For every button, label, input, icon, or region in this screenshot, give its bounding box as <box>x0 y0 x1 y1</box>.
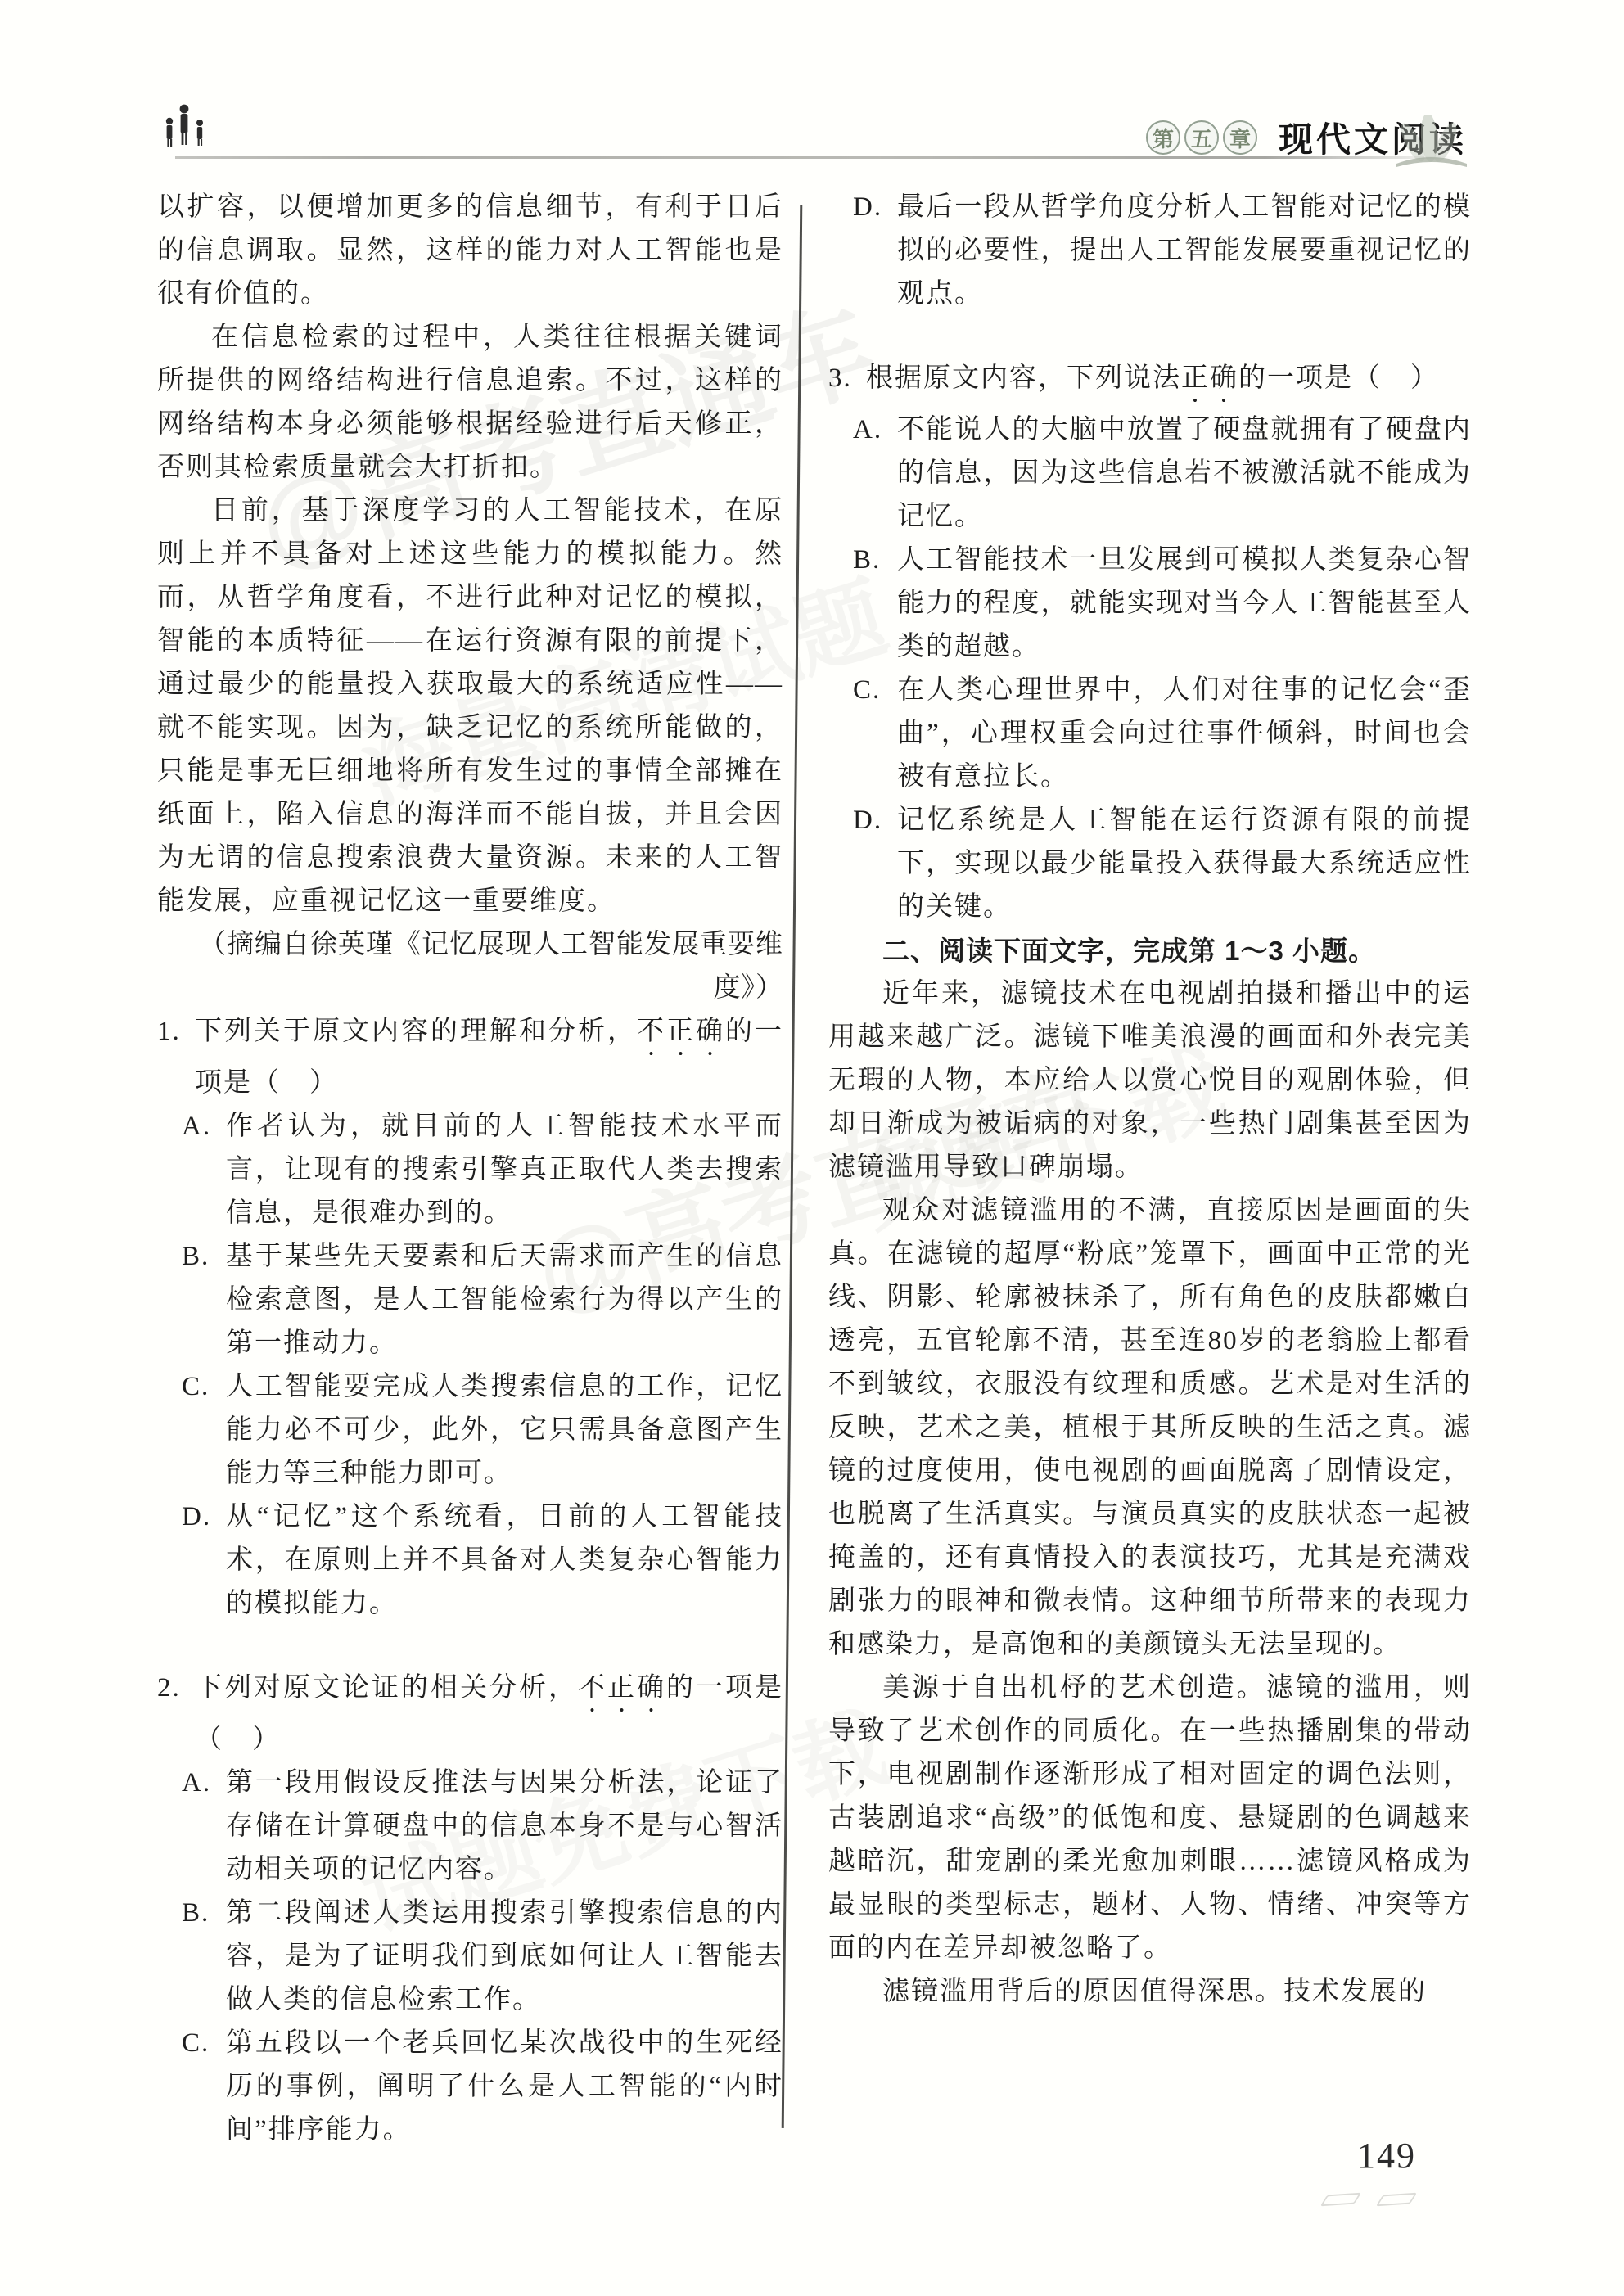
right-column: D. 最后一段从哲学角度分析人工智能对记忆的模拟的必要性，提出人工智能发展要重视… <box>828 186 1472 2014</box>
body-paragraph: 以扩容，以便增加更多的信息细节，有利于日后的信息调取。显然，这样的能力对人工智能… <box>157 186 783 316</box>
question-text: 根据原文内容，下列说法正确的一项是（ ） <box>866 357 1472 408</box>
question-text: 下列对原文论证的相关分析，不正确的一项是（ ） <box>195 1667 783 1761</box>
question-1-option-b: B. 基于某些先天要素和后天需求而产生的信息检索意图，是人工智能检索行为得以产生… <box>182 1235 783 1365</box>
question-2-option-d: D. 最后一段从哲学角度分析人工智能对记忆的模拟的必要性，提出人工智能发展要重视… <box>853 186 1472 316</box>
option-label: B. <box>182 1892 226 2022</box>
chapter-badge-char: 第 <box>1146 120 1180 155</box>
option-text: 最后一段从哲学角度分析人工智能对记忆的模拟的必要性，提出人工智能发展要重视记忆的… <box>897 186 1472 316</box>
option-text: 记忆系统是人工智能在运行资源有限的前提下，实现以最少能量投入获得最大系统适应性的… <box>897 799 1472 929</box>
question-number: 1. <box>157 1010 195 1105</box>
question-2-option-a: A. 第一段用假设反推法与因果分析法，论证了存储在计算硬盘中的信息本身不是与心智… <box>182 1761 783 1892</box>
left-column: 以扩容，以便增加更多的信息细节，有利于日后的信息调取。显然，这样的能力对人工智能… <box>157 186 783 2152</box>
question-text-post: 的一项是（ ） <box>1238 363 1439 393</box>
question-3-option-d: D. 记忆系统是人工智能在运行资源有限的前提下，实现以最少能量投入获得最大系统适… <box>853 799 1472 929</box>
body-paragraph: 在信息检索的过程中，人类往往根据关键词所提供的网络结构进行信息追索。不过，这样的… <box>157 316 783 489</box>
option-text: 基于某些先天要素和后天需求而产生的信息检索意图，是人工智能检索行为得以产生的第一… <box>226 1235 783 1365</box>
option-text: 从“记忆”这个系统看，目前的人工智能技术，在原则上并不具备对人类复杂心智能力的模… <box>226 1495 783 1626</box>
body-paragraph: 目前，基于深度学习的人工智能技术，在原则上并不具备对上述这些能力的模拟能力。然而… <box>157 489 783 923</box>
body-paragraph: 观众对滤镜滥用的不满，直接原因是画面的失真。在滤镜的超厚“粉底”笼罩下，画面中正… <box>828 1189 1472 1667</box>
option-text: 作者认为，就目前的人工智能技术水平而言，让现有的搜索引擎真正取代人类去搜索信息，… <box>226 1105 783 1235</box>
option-label: B. <box>182 1235 226 1365</box>
option-label: C. <box>182 1365 226 1495</box>
option-label: C. <box>182 2022 226 2152</box>
column-divider <box>782 205 803 2128</box>
option-text: 在人类心理世界中，人们对往事的记忆会“歪曲”，心理权重会向过往事件倾斜，时间也会… <box>897 669 1472 799</box>
question-1-option-a: A. 作者认为，就目前的人工智能技术水平而言，让现有的搜索引擎真正取代人类去搜索… <box>182 1105 783 1235</box>
option-text: 人工智能技术一旦发展到可模拟人类复杂心智能力的程度，就能实现对当今人工智能甚至人… <box>897 539 1472 669</box>
question-text: 下列关于原文内容的理解和分析，不正确的一项是（ ） <box>195 1010 783 1105</box>
body-paragraph: 近年来，滤镜技术在电视剧拍摄和播出中的运用越来越广泛。滤镜下唯美浪漫的画面和外表… <box>828 972 1472 1189</box>
option-text: 人工智能要完成人类搜索信息的工作，记忆能力必不可少，此外，它只需具备意图产生能力… <box>226 1365 783 1495</box>
question-text-pre: 根据原文内容，下列说法 <box>866 363 1181 393</box>
question-3-option-b: B. 人工智能技术一旦发展到可模拟人类复杂心智能力的程度，就能实现对当今人工智能… <box>853 539 1472 669</box>
chapter-badge: 第 五 章 <box>1146 120 1257 155</box>
option-label: A. <box>853 408 897 539</box>
question-2: 2. 下列对原文论证的相关分析，不正确的一项是（ ） <box>157 1667 783 1761</box>
option-label: A. <box>182 1761 226 1892</box>
book-page: @高考直通车 海量高清试题 @高考直通车 免费下载 试题免费下载 第 五 章 现… <box>0 0 1624 2296</box>
leaf-decoration <box>1382 115 1480 174</box>
option-text: 第五段以一个老兵回忆某次战役中的生死经历的事例，阐明了什么是人工智能的“内时间”… <box>226 2022 783 2152</box>
option-label: D. <box>182 1495 226 1626</box>
question-text-emphasis: 不正确 <box>637 1017 725 1046</box>
option-label: B. <box>853 539 897 669</box>
question-3-option-a: A. 不能说人的大脑中放置了硬盘就拥有了硬盘内的信息，因为这些信息若不被激活就不… <box>853 408 1472 539</box>
chapter-badge-char: 五 <box>1184 120 1219 155</box>
body-paragraph: 滤镜滥用背后的原因值得深思。技术发展的 <box>828 1970 1472 2014</box>
footer-ornament <box>1324 2194 1464 2215</box>
question-text-pre: 下列对原文论证的相关分析， <box>195 1673 578 1703</box>
option-label: D. <box>853 799 897 929</box>
page-number: 149 <box>1357 2135 1416 2176</box>
question-2-option-c: C. 第五段以一个老兵回忆某次战役中的生死经历的事例，阐明了什么是人工智能的“内… <box>182 2022 783 2152</box>
section-heading: 二、阅读下面文字，完成第 1～3 小题。 <box>828 929 1472 972</box>
question-number: 2. <box>157 1667 195 1761</box>
question-3-option-c: C. 在人类心理世界中，人们对往事的记忆会“歪曲”，心理权重会向过往事件倾斜，时… <box>853 669 1472 799</box>
question-3: 3. 根据原文内容，下列说法正确的一项是（ ） <box>828 357 1472 408</box>
question-number: 3. <box>828 357 866 408</box>
body-paragraph: 美源于自出机杼的艺术创造。滤镜的滥用，则导致了艺术创作的同质化。在一些热播剧集的… <box>828 1667 1472 1970</box>
question-2-option-b: B. 第二段阐述人类运用搜索引擎搜索信息的内容，是为了证明我们到底如何让人工智能… <box>182 1892 783 2022</box>
question-text-pre: 下列关于原文内容的理解和分析， <box>195 1017 637 1046</box>
option-label: D. <box>853 186 897 316</box>
option-label: A. <box>182 1105 226 1235</box>
people-figures-icon <box>162 103 210 157</box>
question-1: 1. 下列关于原文内容的理解和分析，不正确的一项是（ ） <box>157 1010 783 1105</box>
question-1-option-c: C. 人工智能要完成人类搜索信息的工作，记忆能力必不可少，此外，它只需具备意图产… <box>182 1365 783 1495</box>
option-text: 第一段用假设反推法与因果分析法，论证了存储在计算硬盘中的信息本身不是与心智活动相… <box>226 1761 783 1892</box>
question-text-emphasis: 不正确 <box>578 1673 666 1703</box>
option-text: 不能说人的大脑中放置了硬盘就拥有了硬盘内的信息，因为这些信息若不被激活就不能成为… <box>897 408 1472 539</box>
option-text: 第二段阐述人类运用搜索引擎搜索信息的内容，是为了证明我们到底如何让人工智能去做人… <box>226 1892 783 2022</box>
source-attribution: （摘编自徐英瑾《记忆展现人工智能发展重要维度》） <box>157 923 783 1010</box>
question-text-emphasis: 正确 <box>1181 363 1238 393</box>
question-1-option-d: D. 从“记忆”这个系统看，目前的人工智能技术，在原则上并不具备对人类复杂心智能… <box>182 1495 783 1626</box>
chapter-badge-char: 章 <box>1223 120 1257 155</box>
option-label: C. <box>853 669 897 799</box>
